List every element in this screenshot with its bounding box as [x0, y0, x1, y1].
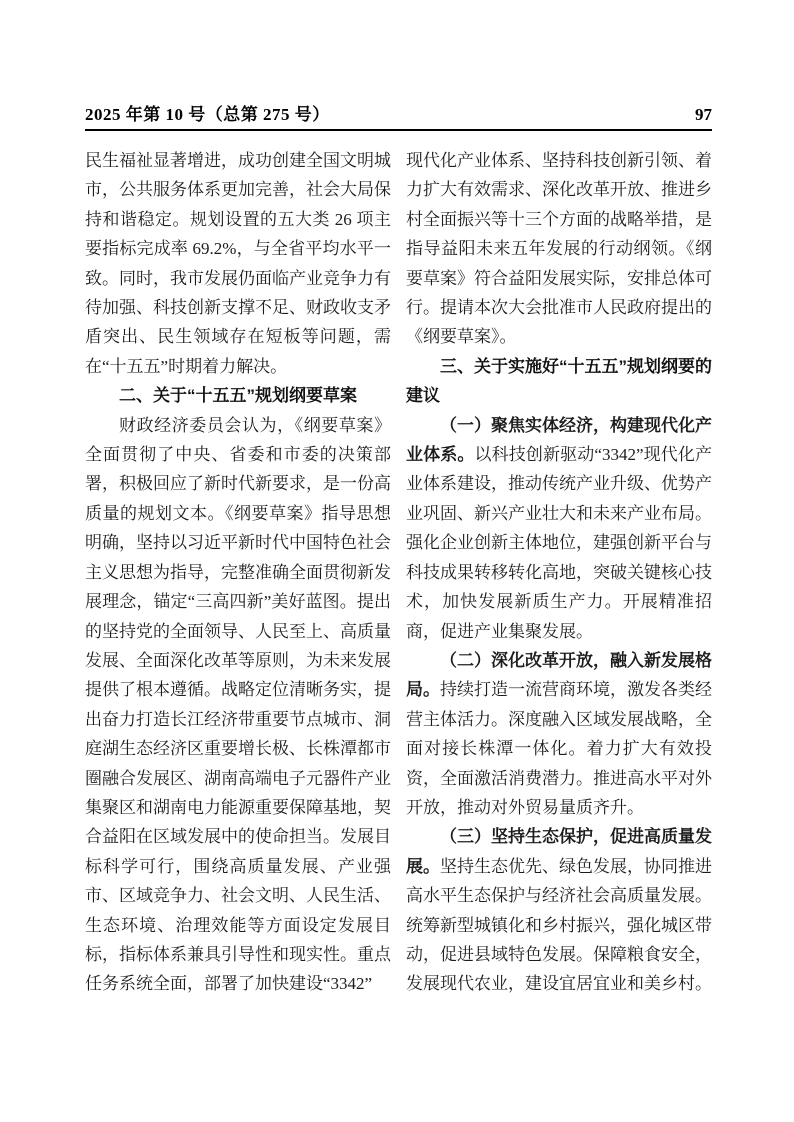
text-segment: 以科技创新驱动“3342”现代化产业体系建设，推动传统产业升级、优势产业巩固、新…: [406, 445, 712, 640]
bold-segment: 二、关于“十五五”规划纲要草案: [119, 386, 357, 405]
section-heading: 三、关于实施好“十五五”规划纲要的建议: [406, 352, 712, 411]
paragraph: 民生福祉显著增进，成功创建全国文明城市，公共服务体系更加完善，社会大局保持和谐稳…: [85, 146, 391, 381]
text-segment: 财政经济委员会认为，《纲要草案》全面贯彻了中央、省委和市委的决策部署，积极回应了…: [85, 416, 391, 994]
text-segment: 现代化产业体系、坚持科技创新引领、着力扩大有效需求、深化改革开放、推进乡村全面振…: [406, 151, 712, 346]
left-column: 民生福祉显著增进，成功创建全国文明城市，公共服务体系更加完善，社会大局保持和谐稳…: [85, 146, 391, 999]
page-body: 民生福祉显著增进，成功创建全国文明城市，公共服务体系更加完善，社会大局保持和谐稳…: [85, 146, 712, 999]
paragraph: （二）深化改革开放，融入新发展格局。持续打造一流营商环境，激发各类经营主体活力。…: [406, 646, 712, 822]
paragraph: 现代化产业体系、坚持科技创新引领、着力扩大有效需求、深化改革开放、推进乡村全面振…: [406, 146, 712, 352]
page-header: 2025 年第 10 号（总第 275 号） 97: [85, 104, 712, 131]
page-number: 97: [695, 104, 712, 126]
right-column: 现代化产业体系、坚持科技创新引领、着力扩大有效需求、深化改革开放、推进乡村全面振…: [406, 146, 712, 999]
issue-number: 2025 年第 10 号（总第 275 号）: [85, 104, 330, 126]
bold-segment: 三、关于实施好“十五五”规划纲要的建议: [406, 357, 712, 405]
text-segment: 持续打造一流营商环境，激发各类经营主体活力。深度融入区域发展战略，全面对接长株潭…: [406, 680, 712, 817]
section-heading: 二、关于“十五五”规划纲要草案: [85, 381, 391, 410]
paragraph: 财政经济委员会认为，《纲要草案》全面贯彻了中央、省委和市委的决策部署，积极回应了…: [85, 411, 391, 999]
paragraph: （一）聚焦实体经济，构建现代化产业体系。以科技创新驱动“3342”现代化产业体系…: [406, 411, 712, 646]
text-segment: 坚持生态优先、绿色发展，协同推进高水平生态保护与经济社会高质量发展。统筹新型城镇…: [406, 857, 712, 994]
text-segment: 民生福祉显著增进，成功创建全国文明城市，公共服务体系更加完善，社会大局保持和谐稳…: [85, 151, 391, 376]
paragraph: （三）坚持生态保护，促进高质量发展。坚持生态优先、绿色发展，协同推进高水平生态保…: [406, 822, 712, 998]
